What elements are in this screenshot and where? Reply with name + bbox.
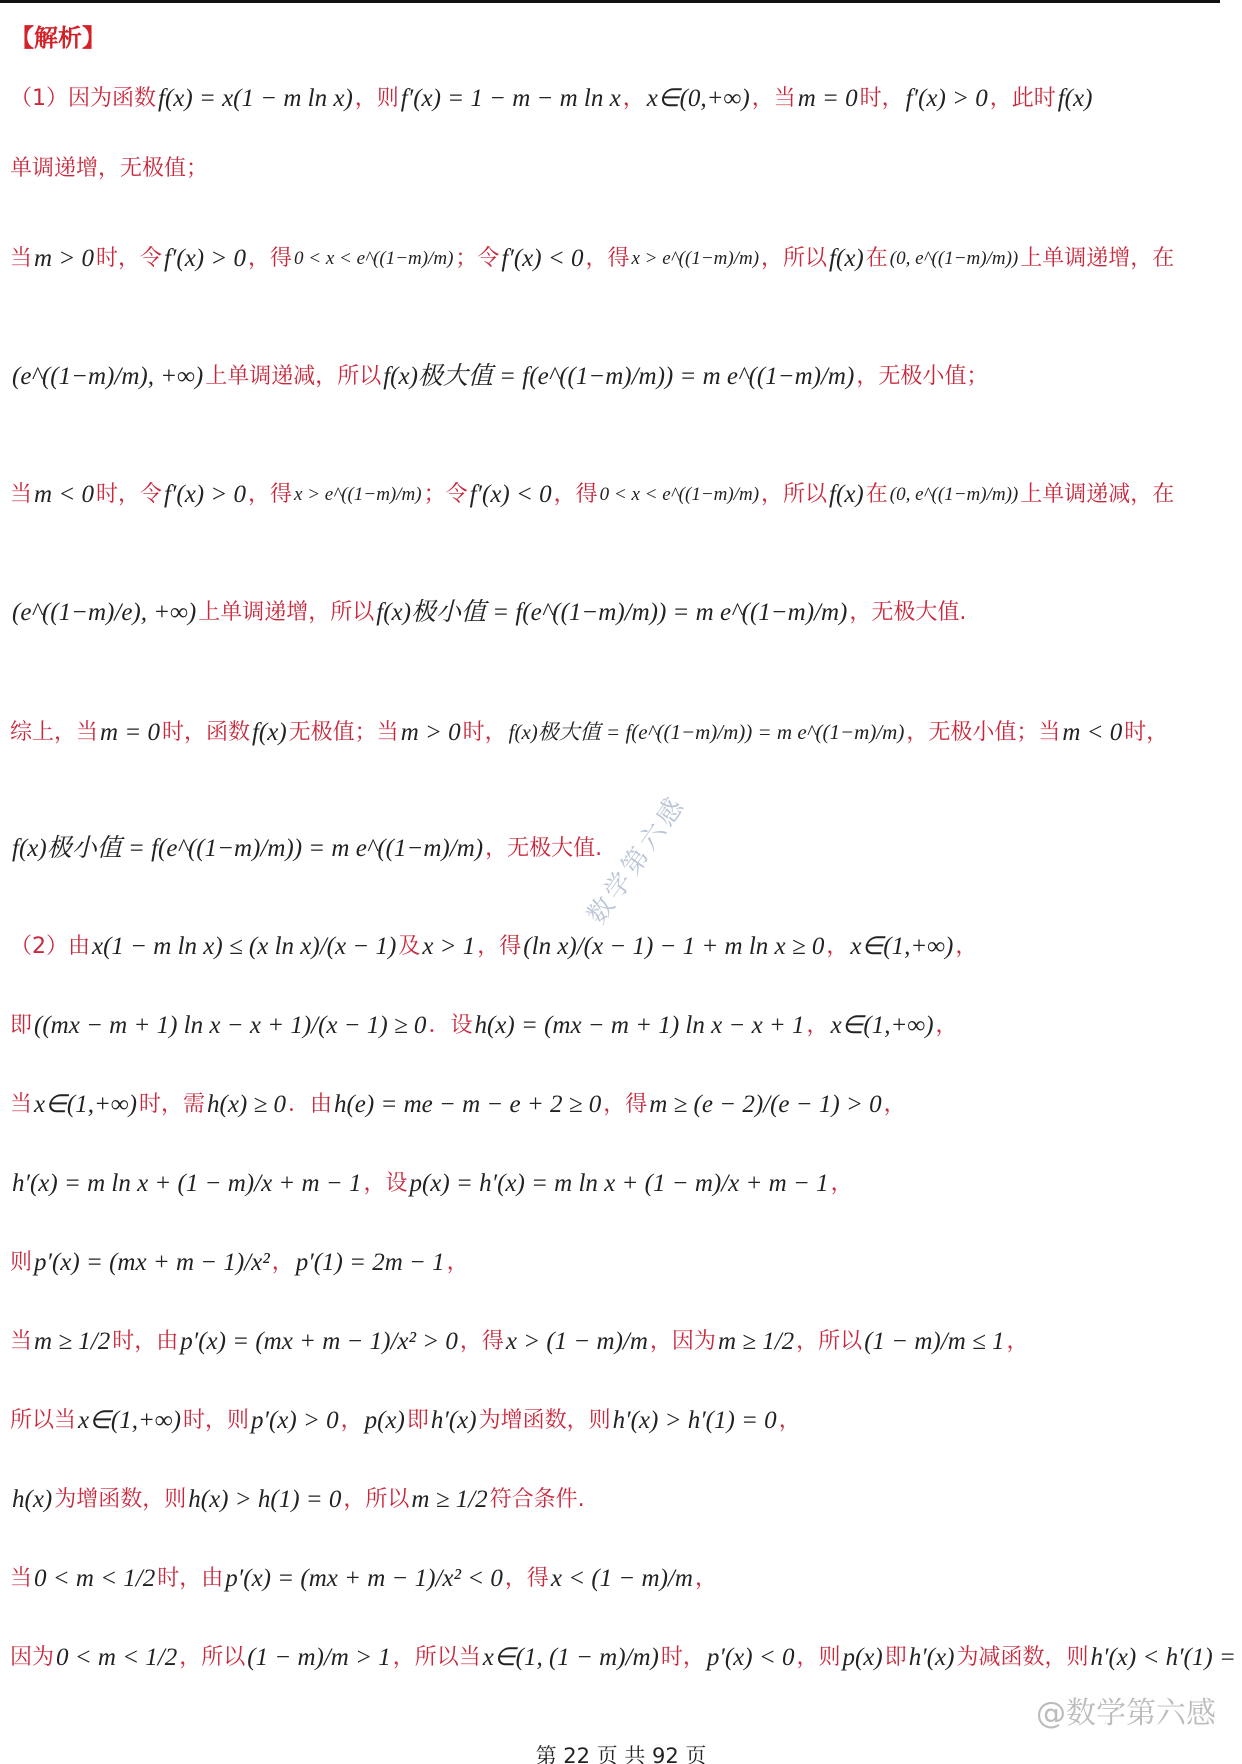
text: 当 <box>10 1568 32 1590</box>
text: 为增函数，则 <box>479 1410 611 1432</box>
math: m ≥ 1/2 <box>716 1329 796 1354</box>
text: ， <box>695 1568 717 1590</box>
solution-line: 当 m > 0 时，令 f′(x) > 0 ，得 0 < x < e^((1−m… <box>10 246 1174 271</box>
text: 无极值；当 <box>289 722 399 744</box>
text: ，则 <box>796 1647 840 1669</box>
text: 符合条件. <box>490 1489 585 1511</box>
text: 为减函数，则 <box>956 1647 1088 1669</box>
text: ；令 <box>424 484 468 506</box>
text: 即 <box>885 1647 907 1669</box>
text: ，此时 <box>990 88 1056 110</box>
text: ，所以 <box>179 1647 245 1669</box>
solution-line: 当 x∈(1,+∞) 时，需 h(x) ≥ 0 ．由 h(e) = me − m… <box>10 1092 906 1117</box>
text: 时，函数 <box>162 722 250 744</box>
math: f(x) <box>1056 86 1095 111</box>
text: 上单调递增，所以 <box>198 602 374 624</box>
math: p′(x) > 0 <box>249 1408 341 1433</box>
math: (e^((1−m)/e), +∞) <box>10 600 198 625</box>
text: 因为 <box>10 1647 54 1669</box>
math: x∈(1,+∞) <box>829 1013 936 1038</box>
math: p′(x) = (mx + m − 1)/x² <box>32 1250 272 1275</box>
math: h(x) = (mx − m + 1) ln x − x + 1 <box>472 1013 806 1038</box>
solution-line: 当 m < 0 时，令 f′(x) > 0 ，得 x > e^((1−m)/m)… <box>10 482 1174 507</box>
text: ，得 <box>554 484 598 506</box>
text: （1）因为函数 <box>10 88 156 110</box>
math: 0 < x < e^((1−m)/m) <box>598 485 761 504</box>
text: 即 <box>10 1015 32 1037</box>
text: ， <box>826 936 848 958</box>
brand-watermark: @数学第六感 <box>1036 1688 1216 1732</box>
math: f(x) <box>250 720 289 745</box>
section-heading: 【解析】 <box>10 18 106 53</box>
text: 时， <box>860 88 904 110</box>
math: 0 < x < e^((1−m)/m) <box>292 249 455 268</box>
math: (1 − m)/m > 1 <box>245 1645 392 1670</box>
math: f(x)极大值 = f(e^((1−m)/m)) = m e^((1−m)/m) <box>381 364 856 389</box>
math: f(x)极小值 = f(e^((1−m)/m)) = m e^((1−m)/m) <box>10 836 485 861</box>
text: ，设 <box>363 1173 407 1195</box>
math: (e^((1−m)/m), +∞) <box>10 364 205 389</box>
math: h′(x) > h′(1) = 0 <box>611 1408 779 1433</box>
text: ，无极大值. <box>849 602 966 624</box>
math: m < 0 <box>32 482 96 507</box>
math: p′(x) = (mx + m − 1)/x² > 0 <box>178 1329 460 1354</box>
solution-line: f(x)极小值 = f(e^((1−m)/m)) = m e^((1−m)/m)… <box>10 836 602 861</box>
text: 时，令 <box>96 248 162 270</box>
math: m = 0 <box>98 720 162 745</box>
math: p(x) <box>840 1645 884 1670</box>
text: ，得 <box>248 484 292 506</box>
text: ，得 <box>603 1094 647 1116</box>
math: (0, e^((1−m)/m)) <box>888 485 1020 504</box>
text: 在 <box>866 484 888 506</box>
text: ， <box>936 1015 958 1037</box>
text: ，所以 <box>343 1489 409 1511</box>
math: (0, e^((1−m)/m)) <box>888 249 1020 268</box>
solution-line: 综上，当 m = 0 时，函数 f(x) 无极值；当 m > 0 时， f(x)… <box>10 720 1168 745</box>
solution-line: 则 p′(x) = (mx + m − 1)/x² ， p′(1) = 2m −… <box>10 1250 469 1275</box>
text: 当 <box>10 1094 32 1116</box>
math: x∈(1, (1 − m)/m) <box>481 1645 661 1670</box>
math: ((mx − m + 1) ln x − x + 1)/(x − 1) ≥ 0 <box>32 1013 428 1038</box>
math: 0 < m < 1/2 <box>54 1645 179 1670</box>
math: p(x) <box>363 1408 407 1433</box>
text: 时，则 <box>183 1410 249 1432</box>
math: p′(x) < 0 <box>705 1645 797 1670</box>
text: ， <box>955 936 977 958</box>
text: ， <box>779 1410 801 1432</box>
solution-line: 单调递增，无极值； <box>10 158 208 180</box>
text: 单调递增，无极值； <box>10 158 208 180</box>
math: x > (1 − m)/m <box>504 1329 650 1354</box>
math: (1 − m)/m ≤ 1 <box>862 1329 1006 1354</box>
math: f(x)极小值 = f(e^((1−m)/m)) = m e^((1−m)/m) <box>374 600 849 625</box>
text: 时，令 <box>96 484 162 506</box>
text: 在 <box>866 248 888 270</box>
solution-line: (e^((1−m)/m), +∞) 上单调递减，所以 f(x)极大值 = f(e… <box>10 364 988 389</box>
math: h′(x) <box>429 1408 479 1433</box>
text: ， <box>623 88 645 110</box>
text: ，得 <box>248 248 292 270</box>
math: f′(x) < 0 <box>468 482 554 507</box>
text: ，得 <box>585 248 629 270</box>
math: (ln x)/(x − 1) − 1 + m ln x ≥ 0 <box>521 934 826 959</box>
text: 综上，当 <box>10 722 98 744</box>
solution-line: h(x) 为增函数，则 h(x) > h(1) = 0 ，所以 m ≥ 1/2 … <box>10 1487 585 1512</box>
solution-line: （2）由 x(1 − m ln x) ≤ (x ln x)/(x − 1) 及 … <box>10 934 977 959</box>
text: 则 <box>10 1252 32 1274</box>
math: x > 1 <box>420 934 477 959</box>
solution-line: 所以当 x∈(1,+∞) 时，则 p′(x) > 0 ， p(x) 即 h′(x… <box>10 1408 801 1433</box>
text: ，得 <box>505 1568 549 1590</box>
math: f(x) <box>827 246 866 271</box>
text: 为增函数，则 <box>54 1489 186 1511</box>
text: ， <box>341 1410 363 1432</box>
math: x < (1 − m)/m <box>549 1566 695 1591</box>
math: x(1 − m ln x) ≤ (x ln x)/(x − 1) <box>90 934 398 959</box>
math: f′(x) < 0 <box>499 246 585 271</box>
math: m > 0 <box>399 720 463 745</box>
math: f′(x) > 0 <box>904 86 990 111</box>
text: 当 <box>10 1331 32 1353</box>
solution-line: (e^((1−m)/e), +∞) 上单调递增，所以 f(x)极小值 = f(e… <box>10 600 966 625</box>
math: x∈(0,+∞) <box>645 86 752 111</box>
text: ， <box>884 1094 906 1116</box>
text: 时，由 <box>157 1568 223 1590</box>
math: h′(x) <box>907 1645 957 1670</box>
math: m ≥ 1/2 <box>32 1329 112 1354</box>
solution-line: 当 m ≥ 1/2 时，由 p′(x) = (mx + m − 1)/x² > … <box>10 1329 1029 1354</box>
text: ，无极大值. <box>485 838 602 860</box>
math: p′(1) = 2m − 1 <box>294 1250 447 1275</box>
text: ， <box>1006 1331 1028 1353</box>
math: m > 0 <box>32 246 96 271</box>
text: 时， <box>463 722 507 744</box>
text: ，因为 <box>650 1331 716 1353</box>
text: 上单调递增，在 <box>1020 248 1174 270</box>
math: p′(x) = (mx + m − 1)/x² < 0 <box>223 1566 505 1591</box>
math: h′(x) < h′(1) = 0 <box>1088 1645 1242 1670</box>
page-footer: 第 22 页 共 92 页 <box>0 1740 1242 1764</box>
math: x > e^((1−m)/m) <box>292 485 424 504</box>
math: x > e^((1−m)/m) <box>629 249 761 268</box>
text: ，所以 <box>796 1331 862 1353</box>
text: ，得 <box>477 936 521 958</box>
text: （2）由 <box>10 936 90 958</box>
text: ．设 <box>428 1015 472 1037</box>
math: m ≥ (e − 2)/(e − 1) > 0 <box>647 1092 883 1117</box>
math: h(x) ≥ 0 <box>205 1092 288 1117</box>
text: 即 <box>407 1410 429 1432</box>
solution-line: （1）因为函数 f(x) = x(1 − m ln x) ，则 f′(x) = … <box>10 86 1094 111</box>
text: 上单调递减，在 <box>1020 484 1174 506</box>
text: ， <box>272 1252 294 1274</box>
math: x∈(1,+∞) <box>76 1408 183 1433</box>
solution-line: h′(x) = m ln x + (1 − m)/x + m − 1 ，设 p(… <box>10 1171 853 1196</box>
math: f(x) <box>827 482 866 507</box>
math: 0 < m < 1/2 <box>32 1566 157 1591</box>
text: 所以当 <box>10 1410 76 1432</box>
text: ，所以 <box>761 484 827 506</box>
text: ；令 <box>455 248 499 270</box>
text: ，则 <box>355 88 399 110</box>
text: ，无极小值； <box>856 366 988 388</box>
solution-line: 即 ((mx − m + 1) ln x − x + 1)/(x − 1) ≥ … <box>10 1013 958 1038</box>
top-rule <box>0 0 1220 3</box>
text: 时， <box>661 1647 705 1669</box>
math: h(e) = me − m − e + 2 ≥ 0 <box>332 1092 603 1117</box>
text: 时，由 <box>112 1331 178 1353</box>
text: ，所以当 <box>393 1647 481 1669</box>
math: h(x) <box>10 1487 54 1512</box>
math: f′(x) > 0 <box>162 246 248 271</box>
solution-line: 当 0 < m < 1/2 时，由 p′(x) = (mx + m − 1)/x… <box>10 1566 717 1591</box>
math: f(x)极大值 = f(e^((1−m)/m)) = m e^((1−m)/m) <box>507 722 907 743</box>
math: x∈(1,+∞) <box>32 1092 139 1117</box>
math: h(x) > h(1) = 0 <box>186 1487 343 1512</box>
text: 时， <box>1124 722 1168 744</box>
math: m = 0 <box>796 86 860 111</box>
math: f′(x) = 1 − m − m ln x <box>399 86 623 111</box>
text: ，无极小值；当 <box>906 722 1060 744</box>
math: f(x) = x(1 − m ln x) <box>156 86 355 111</box>
text: ， <box>807 1015 829 1037</box>
text: 当 <box>10 248 32 270</box>
text: ，得 <box>460 1331 504 1353</box>
text: ， <box>447 1252 469 1274</box>
math: p(x) = h′(x) = m ln x + (1 − m)/x + m − … <box>407 1171 830 1196</box>
math: h′(x) = m ln x + (1 − m)/x + m − 1 <box>10 1171 363 1196</box>
text: ，所以 <box>761 248 827 270</box>
math: m < 0 <box>1060 720 1124 745</box>
text: ， <box>831 1173 853 1195</box>
math: m ≥ 1/2 <box>409 1487 489 1512</box>
text: ，当 <box>752 88 796 110</box>
text: ．由 <box>288 1094 332 1116</box>
text: 时，需 <box>139 1094 205 1116</box>
solution-line: 因为 0 < m < 1/2 ，所以 (1 − m)/m > 1 ，所以当 x∈… <box>10 1645 1242 1670</box>
text: 当 <box>10 484 32 506</box>
text: 及 <box>398 936 420 958</box>
text: 上单调递减，所以 <box>205 366 381 388</box>
math: x∈(1,+∞) <box>848 934 955 959</box>
math: f′(x) > 0 <box>162 482 248 507</box>
